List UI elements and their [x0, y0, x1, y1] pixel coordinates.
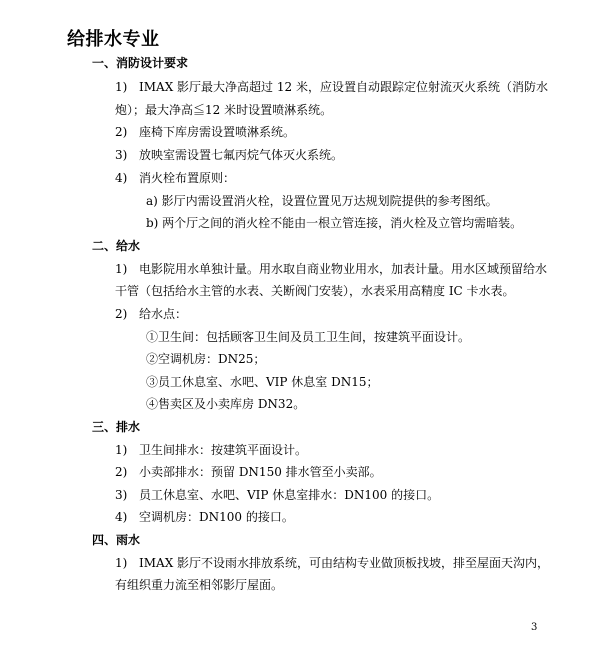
section-heading-rainwater: 四、雨水 [92, 533, 140, 547]
list-item: 1)卫生间排水：按建筑平面设计。 [115, 443, 307, 457]
item-text: 消火栓布置原则： [139, 171, 235, 185]
item-continuation: 炮）；最大净高≦12 米时设置喷淋系统。 [115, 103, 332, 117]
item-text: 员工休息室、水吧、VIP 休息室排水：DN100 的接口。 [139, 488, 439, 502]
section-heading-fire-protection: 一、消防设计要求 [92, 56, 188, 70]
item-number: 3) [115, 148, 139, 162]
item-number: 2) [115, 465, 139, 479]
item-text: IMAX 影厅不设雨水排放系统，可由结构专业做顶板找坡，排至屋面天沟内， [139, 556, 549, 570]
item-text: 座椅下库房需设置喷淋系统。 [139, 125, 295, 139]
sub-item: ②空调机房：DN25； [146, 352, 265, 366]
item-text: 小卖部排水：预留 DN150 排水管至小卖部。 [139, 465, 382, 479]
list-item: 2)小卖部排水：预留 DN150 排水管至小卖部。 [115, 465, 382, 479]
list-item: 3)员工休息室、水吧、VIP 休息室排水：DN100 的接口。 [115, 488, 439, 502]
list-item: 1)IMAX 影厅不设雨水排放系统，可由结构专业做顶板找坡，排至屋面天沟内， [115, 556, 549, 570]
document-title: 给排水专业 [67, 29, 160, 51]
item-text: IMAX 影厅最大净高超过 12 米，应设置自动跟踪定位射流灭火系统（消防水 [139, 80, 548, 94]
sub-item: ③员工休息室、水吧、VIP 休息室 DN15； [146, 375, 379, 389]
list-item: 2)座椅下库房需设置喷淋系统。 [115, 125, 295, 139]
sub-item: ①卫生间：包括顾客卫生间及员工卫生间，按建筑平面设计。 [146, 330, 470, 344]
page-number: 3 [531, 622, 537, 634]
sub-item: ④售卖区及小卖库房 DN32。 [146, 397, 305, 411]
section-heading-drainage: 三、排水 [92, 420, 140, 434]
item-number: 4) [115, 171, 139, 185]
list-item: 2)给水点： [115, 307, 187, 321]
item-number: 1) [115, 443, 139, 457]
list-item: 1)IMAX 影厅最大净高超过 12 米，应设置自动跟踪定位射流灭火系统（消防水 [115, 80, 548, 94]
item-text: 放映室需设置七氟丙烷气体灭火系统。 [139, 148, 343, 162]
item-number: 2) [115, 125, 139, 139]
list-item: 4)消火栓布置原则： [115, 171, 235, 185]
item-number: 1) [115, 80, 139, 94]
item-text: 电影院用水单独计量。用水取自商业物业用水，加表计量。用水区域预留给水 [139, 262, 547, 276]
item-number: 1) [115, 262, 139, 276]
list-item: 4)空调机房：DN100 的接口。 [115, 510, 294, 524]
item-text: 空调机房：DN100 的接口。 [139, 510, 294, 524]
section-heading-water-supply: 二、给水 [92, 239, 140, 253]
item-number: 1) [115, 556, 139, 570]
item-text: 卫生间排水：按建筑平面设计。 [139, 443, 307, 457]
list-item: 1)电影院用水单独计量。用水取自商业物业用水，加表计量。用水区域预留给水 [115, 262, 547, 276]
item-number: 2) [115, 307, 139, 321]
sub-item: b) 两个厅之间的消火栓不能由一根立管连接，消火栓及立管均需暗装。 [146, 216, 522, 230]
item-text: 给水点： [139, 307, 187, 321]
item-continuation: 有组织重力流至相邻影厅屋面。 [115, 578, 283, 592]
item-number: 4) [115, 510, 139, 524]
sub-item: a) 影厅内需设置消火栓，设置位置见万达规划院提供的参考图纸。 [146, 194, 498, 208]
list-item: 3)放映室需设置七氟丙烷气体灭火系统。 [115, 148, 343, 162]
item-number: 3) [115, 488, 139, 502]
item-continuation: 干管（包括给水主管的水表、关断阀门安装），水表采用高精度 IC 卡水表。 [115, 284, 515, 298]
